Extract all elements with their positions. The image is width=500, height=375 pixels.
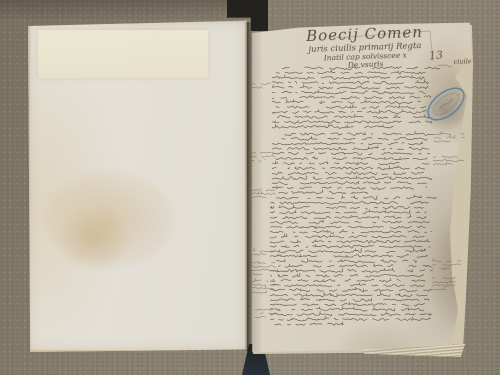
manuscript-page [250,21,472,353]
top-shadow [0,0,262,22]
manuscript-photo: Boecij Comen juris ciuilis primarij Regt… [0,0,500,375]
left-board-page [28,20,247,352]
manuscript-heading: Boecij Comen juris ciuilis primarij Regt… [284,24,445,72]
heading-line-4-left: De vsuris [348,60,384,70]
folio-number: 13 [428,48,443,62]
heading-line-4-right: ciuile [454,59,472,67]
gutter-shadow [245,22,251,351]
pasted-patch [38,30,208,78]
